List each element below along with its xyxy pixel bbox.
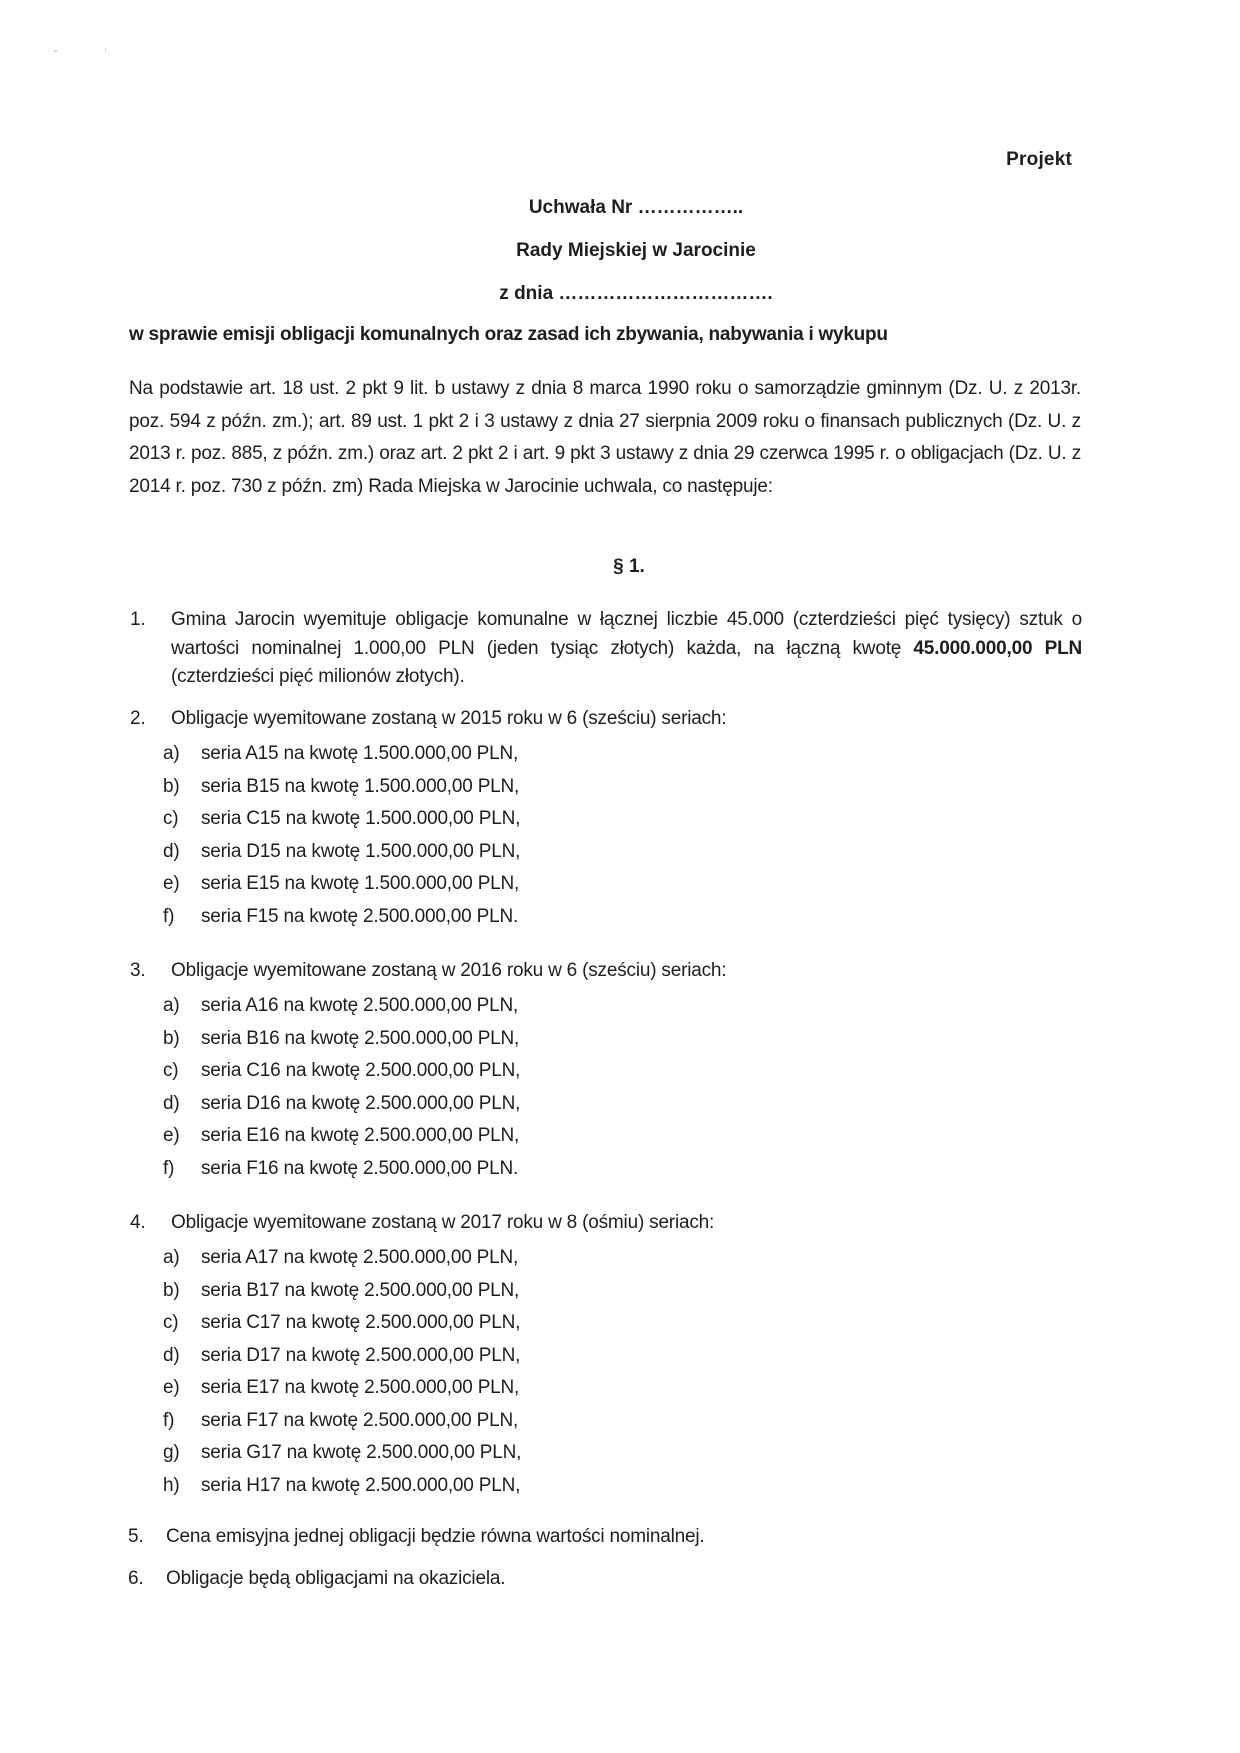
series-letter: d) [163,836,180,869]
section-item-1: 1. Gmina Jarocin wyemituje obligacje kom… [130,606,1082,692]
series-letter: e) [163,1372,180,1405]
item-number: 2. [130,705,145,734]
draft-label: Projekt [1006,149,1072,171]
series-text: seria A17 na kwotę 2.500.000,00 PLN, [201,1242,518,1275]
series-letter: g) [163,1437,180,1470]
resolution-subject: w sprawie emisji obligacji komunalnych o… [129,324,888,346]
series-letter: f) [163,901,174,934]
series-letter: d) [163,1088,180,1121]
section-item-5: 5. Cena emisyjna jednej obligacji będzie… [128,1523,1080,1552]
item-text: Obligacje wyemitowane zostaną w 2016 rok… [171,957,1082,986]
item-number: 3. [130,957,145,986]
series-text: seria F16 na kwotę 2.500.000,00 PLN. [201,1153,518,1186]
series-text: seria B17 na kwotę 2.500.000,00 PLN, [201,1275,519,1308]
series-letter: c) [163,1055,178,1088]
series-letter: a) [163,990,180,1023]
item-number: 1. [130,606,145,635]
series-letter: b) [163,771,180,804]
scan-artifact [54,50,57,52]
section-item-3: 3. Obligacje wyemitowane zostaną w 2016 … [130,957,1082,986]
series-text: seria B16 na kwotę 2.500.000,00 PLN, [201,1023,519,1056]
series-text: seria H17 na kwotę 2.500.000,00 PLN, [201,1470,520,1503]
series-letter: e) [163,868,180,901]
series-text: seria D16 na kwotę 2.500.000,00 PLN, [201,1088,520,1121]
legal-basis-preamble: Na podstawie art. 18 ust. 2 pkt 9 lit. b… [129,373,1081,503]
series-text: seria A16 na kwotę 2.500.000,00 PLN, [201,990,518,1023]
council-name: Rady Miejskiej w Jarocinie [16,240,1240,262]
series-text: seria G17 na kwotę 2.500.000,00 PLN, [201,1437,521,1470]
section-item-6: 6. Obligacje będą obligacjami na okazici… [128,1565,1080,1594]
scan-artifact [105,48,106,52]
series-text: seria A15 na kwotę 1.500.000,00 PLN, [201,738,518,771]
series-text: seria C17 na kwotę 2.500.000,00 PLN, [201,1307,520,1340]
series-letter: b) [163,1023,180,1056]
series-text: seria E16 na kwotę 2.500.000,00 PLN, [201,1120,519,1153]
series-letter: c) [163,803,178,836]
resolution-title: Uchwała Nr …………….. [16,197,1240,219]
series-text: seria B15 na kwotę 1.500.000,00 PLN, [201,771,519,804]
series-text: seria D15 na kwotę 1.500.000,00 PLN, [201,836,520,869]
item-number: 5. [128,1523,143,1552]
item-number: 4. [130,1209,145,1238]
series-text: seria E17 na kwotę 2.500.000,00 PLN, [201,1372,519,1405]
item-text-part: (czterdzieści pięć milionów złotych). [171,666,465,687]
item-text: Obligacje będą obligacjami na okaziciela… [166,1565,1080,1594]
item-text: Obligacje wyemitowane zostaną w 2015 rok… [171,705,1082,734]
series-letter: b) [163,1275,180,1308]
section-item-4: 4. Obligacje wyemitowane zostaną w 2017 … [130,1209,1082,1238]
series-letter: a) [163,1242,180,1275]
series-text: seria E15 na kwotę 1.500.000,00 PLN, [201,868,519,901]
series-text: seria C15 na kwotę 1.500.000,00 PLN, [201,803,520,836]
section-item-2: 2. Obligacje wyemitowane zostaną w 2015 … [130,705,1082,734]
series-letter: e) [163,1120,180,1153]
series-letter: c) [163,1307,178,1340]
series-letter: h) [163,1470,180,1503]
series-letter: f) [163,1405,174,1438]
resolution-date: z dnia ……………………………. [16,283,1240,305]
item-text: Gmina Jarocin wyemituje obligacje komuna… [171,606,1082,692]
item-text: Cena emisyjna jednej obligacji będzie ró… [166,1523,1080,1552]
series-text: seria C16 na kwotę 2.500.000,00 PLN, [201,1055,520,1088]
series-letter: f) [163,1153,174,1186]
series-text: seria F15 na kwotę 2.500.000,00 PLN. [201,901,518,934]
series-text: seria D17 na kwotę 2.500.000,00 PLN, [201,1340,520,1373]
section-heading: § 1. [0,556,1240,578]
series-letter: d) [163,1340,180,1373]
series-letter: a) [163,738,180,771]
item-number: 6. [128,1565,143,1594]
document-page: Projekt Uchwała Nr …………….. Rady Miejskie… [0,0,1240,1753]
total-amount: 45.000.000,00 PLN [913,638,1082,659]
series-text: seria F17 na kwotę 2.500.000,00 PLN, [201,1405,518,1438]
item-text: Obligacje wyemitowane zostaną w 2017 rok… [171,1209,1082,1238]
